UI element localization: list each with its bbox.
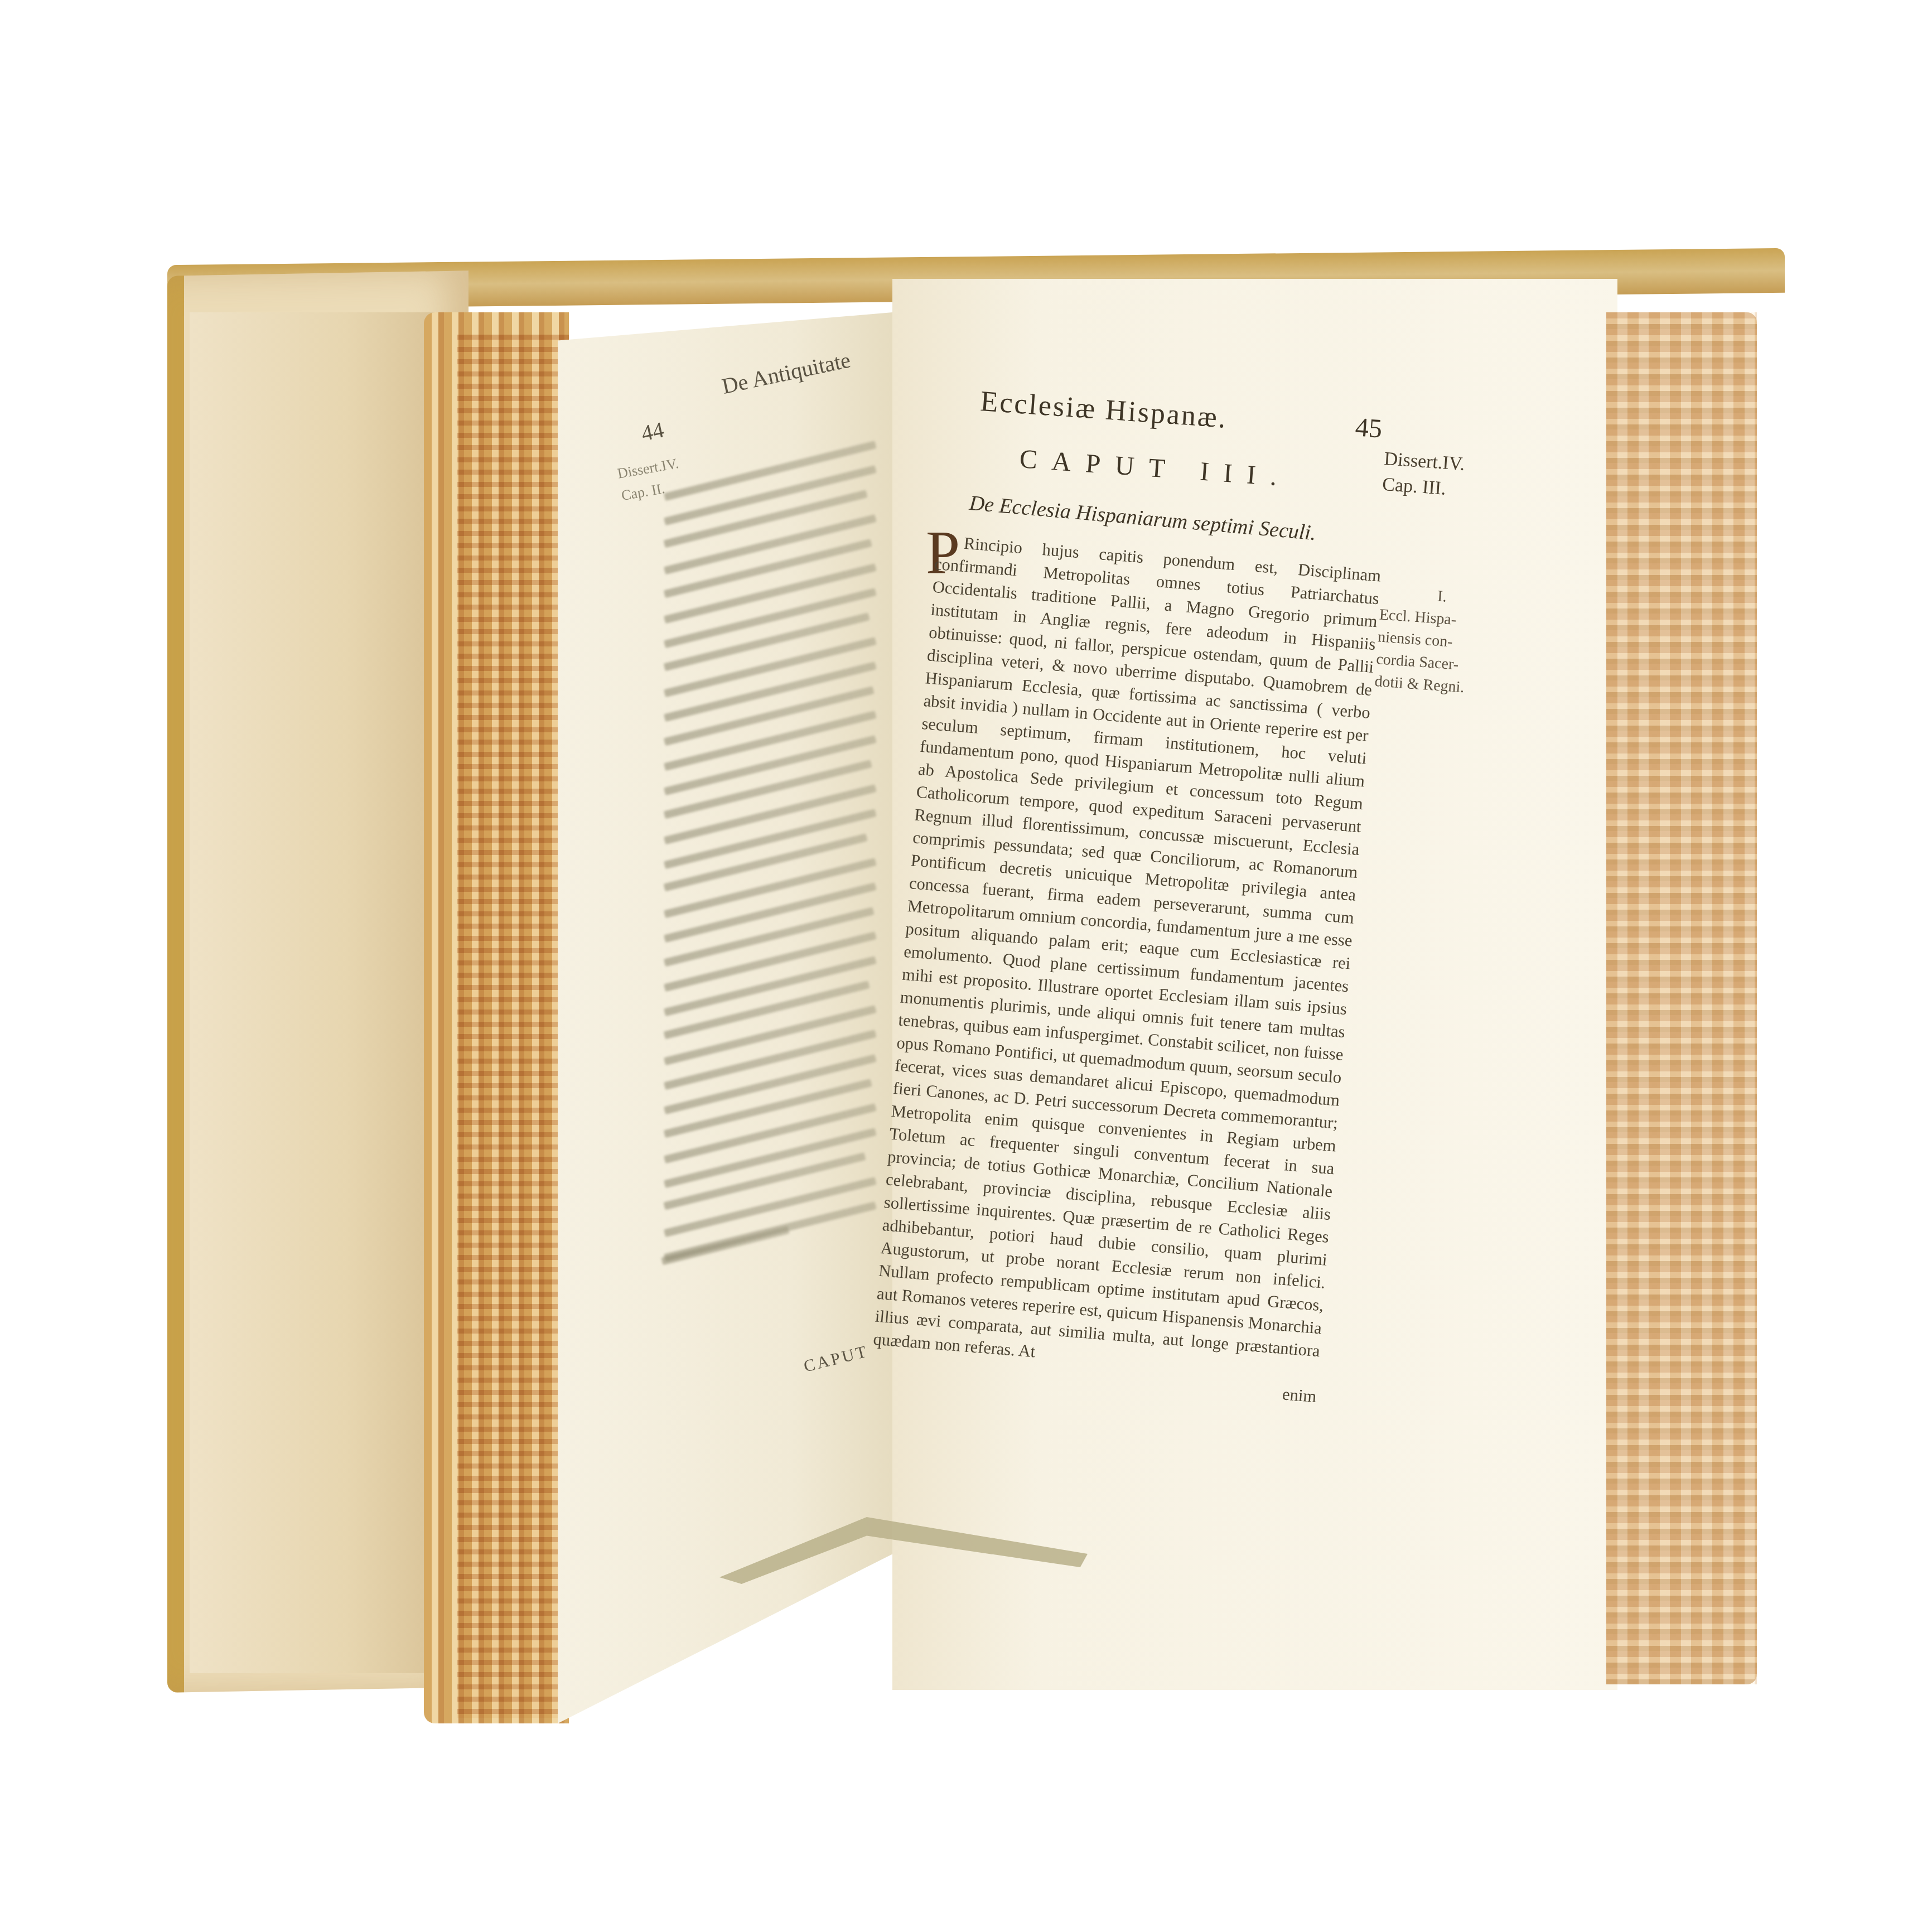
- left-page-body-text: [658, 441, 876, 1250]
- right-page-number: 45: [1354, 412, 1383, 444]
- right-margin-note: I. Eccl. Hispa- niensis con- cordia Sace…: [1374, 582, 1504, 702]
- right-margin-header: Dissert.IV. Cap. III.: [1382, 446, 1466, 503]
- body-paragraph: Rincipio hujus capitis ponendum est, Dis…: [872, 530, 1382, 1385]
- right-speckled-edge: [1606, 312, 1757, 1684]
- right-page-body-text: Rincipio hujus capitis ponendum est, Dis…: [871, 530, 1382, 1408]
- left-speckled-edge: [457, 335, 569, 1718]
- endpaper: [190, 312, 452, 1673]
